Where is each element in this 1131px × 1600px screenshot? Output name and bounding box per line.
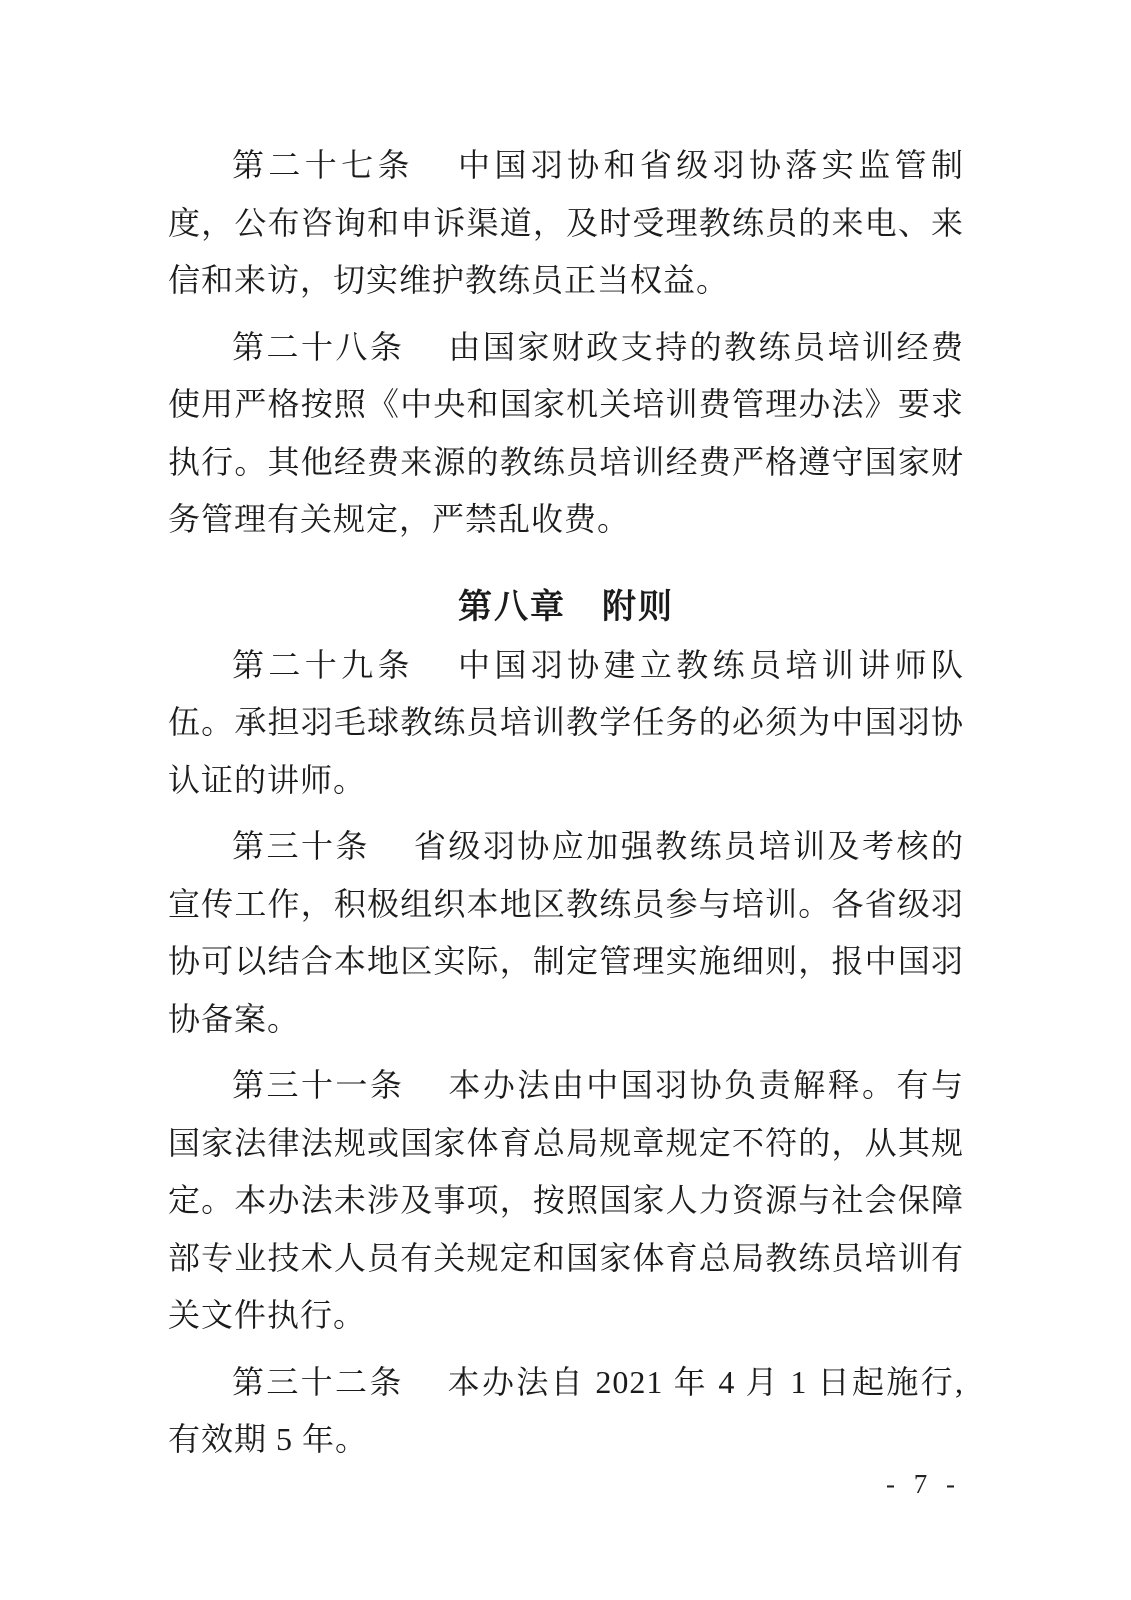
article-29-paragraph: 第二十九条中国羽协建立教练员培训讲师队伍。承担羽毛球教练员培训教学任务的必须为中… [168, 637, 964, 810]
article-27-number-label: 第二十七条 [232, 147, 414, 183]
article-28-number-label: 第二十八条 [232, 329, 404, 365]
article-31-number-label: 第三十一条 [232, 1067, 404, 1103]
chapter-heading: 第八章 附则 [168, 579, 964, 637]
document-page: 第二十七条中国羽协和省级羽协落实监管制度，公布咨询和申诉渠道，及时受理教练员的来… [0, 0, 1131, 1600]
article-32-paragraph: 第三十二条本办法自 2021 年 4 月 1 日起施行,有效期 5 年。 [168, 1354, 964, 1469]
article-30-paragraph: 第三十条省级羽协应加强教练员培训及考核的宣传工作，积极组织本地区教练员参与培训。… [168, 818, 964, 1048]
document-body: 第二十七条中国羽协和省级羽协落实监管制度，公布咨询和申诉渠道，及时受理教练员的来… [168, 137, 964, 1478]
article-31-text: 本办法由中国羽协负责解释。有与国家法律法规或国家体育总局规章规定不符的，从其规定… [168, 1067, 964, 1333]
article-32-number-label: 第三十二条 [232, 1364, 404, 1400]
article-31-paragraph: 第三十一条本办法由中国羽协负责解释。有与国家法律法规或国家体育总局规章规定不符的… [168, 1057, 964, 1345]
page-number: - 7 - [886, 1468, 961, 1500]
article-27-paragraph: 第二十七条中国羽协和省级羽协落实监管制度，公布咨询和申诉渠道，及时受理教练员的来… [168, 137, 964, 310]
article-29-number-label: 第二十九条 [232, 647, 414, 683]
article-28-paragraph: 第二十八条由国家财政支持的教练员培训经费使用严格按照《中央和国家机关培训费管理办… [168, 319, 964, 549]
article-30-number-label: 第三十条 [232, 828, 370, 864]
